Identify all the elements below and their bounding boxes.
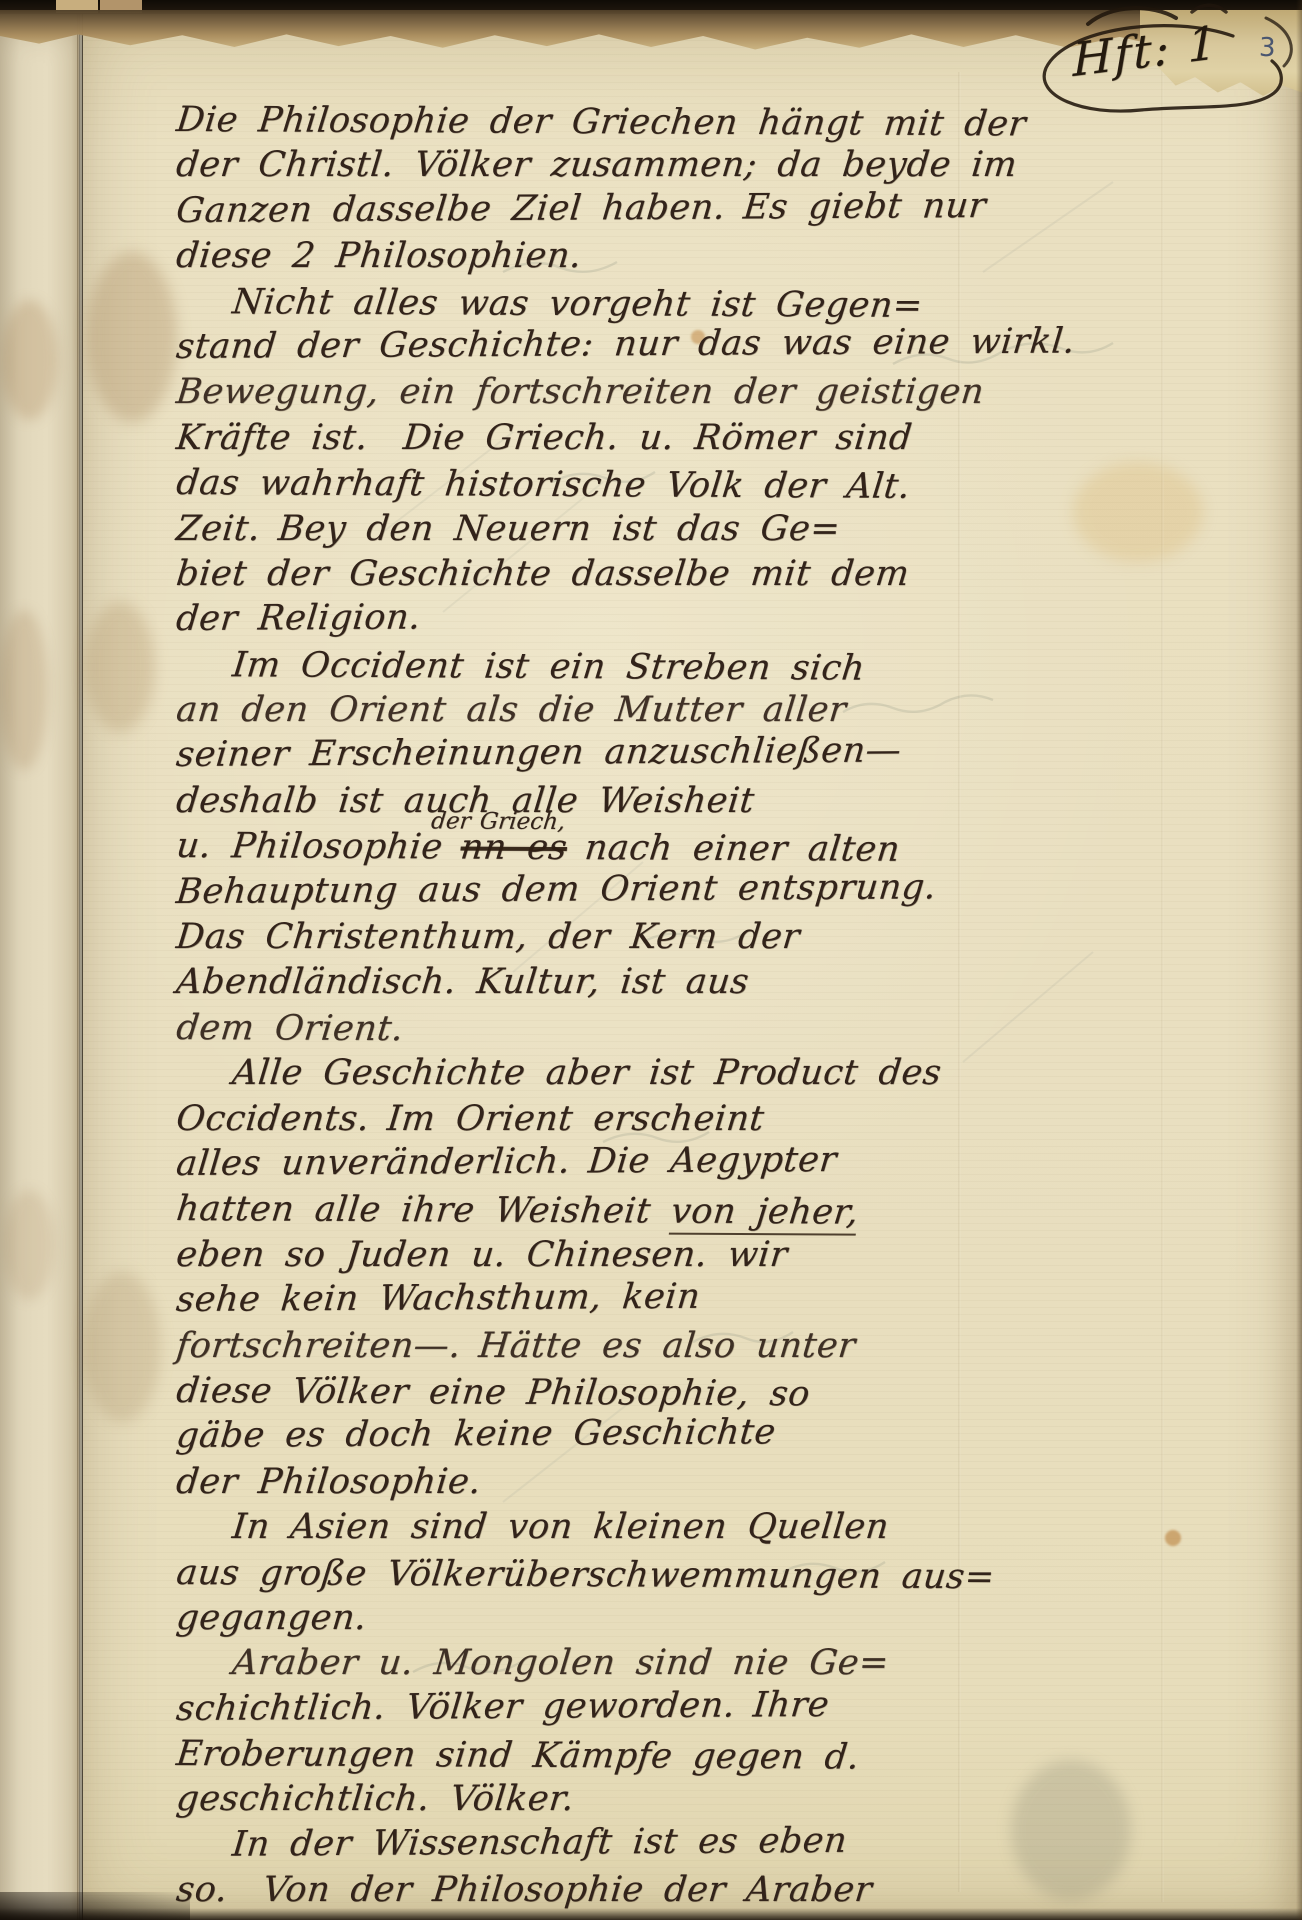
scan-bottom-edge — [0, 1908, 1302, 1920]
line-text: diese Völker eine Philosophie, so — [174, 1371, 812, 1414]
line-text: Zeit. Bey den Neuern ist das Ge= — [174, 509, 842, 549]
paper-crease — [1161, 52, 1164, 1902]
line-text: Bewegung, ein fortschreiten der geistige… — [174, 372, 986, 412]
manuscript-line: deshalb ist auch alle Weisheit — [174, 779, 1079, 824]
scan-bottom-corner — [0, 1892, 190, 1920]
line-text: sehe kein Wachsthum, kein — [174, 1277, 702, 1320]
manuscript-line: hatten alle ihre Weisheit von jeher, — [174, 1187, 1079, 1237]
paper-stain — [1073, 462, 1203, 562]
line-text: an den Orient als die Mutter aller — [174, 690, 848, 730]
line-text: das wahrhaft historische Volk der Alt. — [174, 463, 912, 507]
paper-stain — [2, 300, 57, 420]
manuscript-line: alles unveränderlich. Die Aegypter — [174, 1136, 1079, 1187]
line-text: aus große Völkerüberschwemmungen aus= — [174, 1553, 996, 1597]
page-number: 3 — [1258, 33, 1276, 64]
line-text: Abendländisch. Kultur, ist aus — [174, 962, 751, 1002]
line-text: In Asien sind von kleinen Quellen — [230, 1507, 891, 1547]
line-text: Behauptung aus dem Orient entsprung. — [174, 867, 938, 912]
line-text: eben so Juden u. Chinesen. wir — [174, 1235, 789, 1275]
line-text: nach einer alten — [565, 828, 902, 870]
paper-stain — [85, 602, 155, 732]
manuscript-line: Kräfte ist. Die Griech. u. Römer sind — [174, 416, 1079, 461]
manuscript-scan: Die Philosophie der Griechen hängt mit d… — [0, 0, 1302, 1920]
line-text: In der Wissenschaft ist es eben — [230, 1821, 849, 1865]
page-right-edge — [1296, 0, 1302, 1920]
line-text: der Philosophie. — [174, 1462, 483, 1502]
manuscript-line: geschichtlich. Völker. — [174, 1777, 1079, 1822]
line-text: der Religion. — [174, 598, 422, 639]
manuscript-line: schichtlich. Völker geworden. Ihre — [174, 1681, 1079, 1732]
line-text: seiner Erscheinungen anzuschließen— — [174, 731, 903, 775]
manuscript-line: Alle Geschichte aber ist Product des — [174, 1051, 1079, 1096]
line-text: Nicht alles was vorgeht ist Gegen= — [230, 282, 925, 326]
paper-stain — [0, 610, 48, 770]
paper-stain — [83, 1272, 161, 1422]
line-text: gäbe es doch keine Geschichte — [174, 1413, 777, 1457]
manuscript-line: an den Orient als die Mutter aller — [174, 688, 1079, 733]
line-text: biet der Geschichte dasselbe mit dem — [174, 554, 911, 594]
line-text: Alle Geschichte aber ist Product des — [230, 1053, 943, 1093]
line-text: Im Occident ist ein Streben sich — [230, 645, 867, 688]
manuscript-text: Die Philosophie der Griechen hängt mit d… — [174, 98, 1074, 1914]
line-text: Ganzen dasselbe Ziel haben. Es giebt nur — [174, 186, 988, 231]
manuscript-line: Die Philosophie der Griechen hängt mit d… — [174, 98, 1079, 148]
manuscript-line: der Philosophie. — [174, 1460, 1079, 1505]
line-text: hatten alle ihre Weisheit — [174, 1189, 673, 1232]
manuscript-line: Behauptung aus dem Orient entsprung. — [174, 864, 1079, 915]
underlined-text: von jeher, — [669, 1192, 861, 1236]
manuscript-line: eben so Juden u. Chinesen. wir — [174, 1233, 1079, 1278]
line-text: geschichtlich. Völker. — [174, 1779, 576, 1819]
line-text: Occidents. Im Orient erscheint — [174, 1099, 766, 1139]
manuscript-line: das wahrhaft historische Volk der Alt. — [174, 461, 1079, 511]
manuscript-line: Eroberungen sind Kämpfe gegen d. — [174, 1732, 1079, 1782]
line-text: stand der Geschichte: nur das was eine w… — [174, 321, 1077, 366]
line-text: alles unveränderlich. Die Aegypter — [174, 1140, 838, 1184]
line-text: u. Philosophie — [174, 826, 462, 867]
line-text: schichtlich. Völker geworden. Ihre — [174, 1685, 831, 1729]
manuscript-line: Zeit. Bey den Neuern ist das Ge= — [174, 507, 1079, 552]
line-text: gegangen. — [174, 1598, 368, 1638]
manuscript-page: Die Philosophie der Griechen hängt mit d… — [83, 12, 1302, 1920]
line-text: dem Orient. — [174, 1008, 405, 1049]
manuscript-line: In Asien sind von kleinen Quellen — [174, 1505, 1079, 1550]
manuscript-line: diese 2 Philosophien. — [174, 234, 1079, 279]
manuscript-line: der Christl. Völker zusammen; da beyde i… — [174, 143, 1079, 188]
manuscript-line: seiner Erscheinungen anzuschließen— — [174, 728, 1079, 779]
line-text: Die Philosophie der Griechen hängt mit d… — [174, 100, 1028, 144]
manuscript-line: stand der Geschichte: nur das was eine w… — [174, 319, 1079, 370]
line-text: Eroberungen sind Kämpfe gegen d. — [174, 1734, 861, 1778]
paper-stain — [1165, 1530, 1181, 1546]
manuscript-line: Araber u. Mongolen sind nie Ge= — [174, 1641, 1079, 1686]
previous-page-edge — [0, 10, 79, 1920]
line-text: Araber u. Mongolen sind nie Ge= — [230, 1643, 891, 1683]
manuscript-line: aus große Völkerüberschwemmungen aus= — [174, 1551, 1079, 1601]
manuscript-line: sehe kein Wachsthum, kein — [174, 1273, 1079, 1324]
manuscript-line: Das Christenthum, der Kern der — [174, 915, 1079, 960]
manuscript-line: so. Von der Philosophie der Araber — [174, 1868, 1079, 1913]
manuscript-line: fortschreiten—. Hätte es also unter — [174, 1324, 1079, 1369]
line-text: diese 2 Philosophien. — [174, 236, 583, 276]
manuscript-line: Im Occident ist ein Streben sich — [174, 643, 1079, 693]
paper-stain — [87, 252, 177, 422]
manuscript-line: biet der Geschichte dasselbe mit dem — [174, 552, 1079, 597]
paper-stain — [4, 1190, 54, 1300]
manuscript-line: In der Wissenschaft ist es eben — [174, 1817, 1079, 1868]
inserted-word: der Griech, — [430, 811, 566, 835]
line-text: so. Von der Philosophie der Araber — [174, 1870, 874, 1910]
manuscript-line: Bewegung, ein fortschreiten der geistige… — [174, 370, 1079, 415]
manuscript-line: gäbe es doch keine Geschichte — [174, 1409, 1079, 1460]
line-text: Das Christenthum, der Kern der — [174, 917, 801, 957]
manuscript-line: Abendländisch. Kultur, ist aus — [174, 960, 1079, 1005]
manuscript-line: der Religion. — [174, 592, 1079, 643]
manuscript-line: Occidents. Im Orient erscheint — [174, 1097, 1079, 1142]
manuscript-line: gegangen. — [174, 1596, 1079, 1641]
manuscript-line: Ganzen dasselbe Ziel haben. Es giebt nur — [174, 183, 1079, 234]
line-text: fortschreiten—. Hätte es also unter — [174, 1326, 857, 1366]
manuscript-line: dem Orient. — [174, 1006, 1079, 1056]
line-text: Kräfte ist. Die Griech. u. Römer sind — [174, 418, 914, 458]
line-text: der Christl. Völker zusammen; da beyde i… — [174, 145, 1019, 185]
